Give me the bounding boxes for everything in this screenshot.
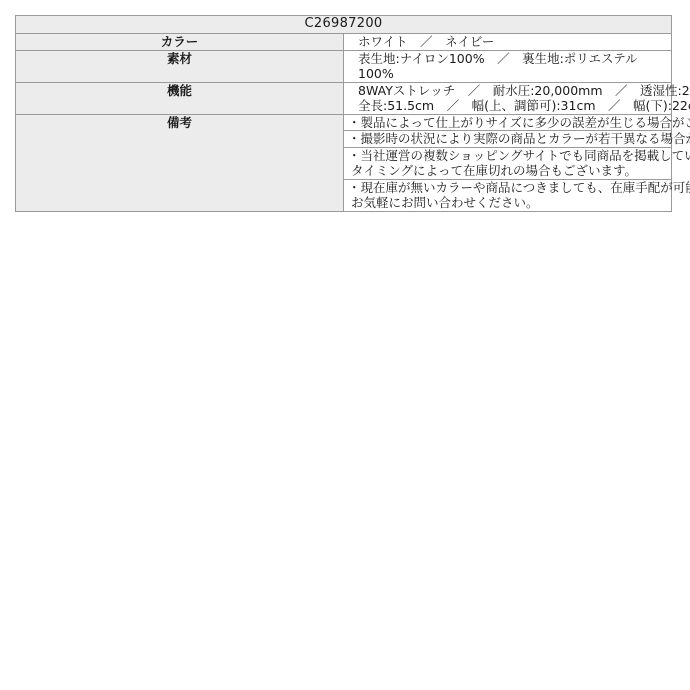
remark-line: ・製品によって仕上がりサイズに多少の誤差が生じる場合がございます。 (348, 115, 667, 131)
remark-line: お気軽にお問い合わせください。 (348, 195, 667, 211)
remark-note: ・撮影時の状況により実際の商品とカラーが若干異なる場合がございます。 (344, 131, 672, 148)
spec-value-function: 8WAYストレッチ ／ 耐水圧:20,000mm ／ 透湿性:20,000g/㎡… (344, 82, 672, 114)
header-row: C26987200 (16, 16, 672, 34)
remark-note: ・現在庫が無いカラーや商品につきましても、在庫手配が可能な場合もございますので … (344, 179, 672, 211)
remark-note: ・当社運営の複数ショッピングサイトでも同商品を掲載していますので タイミングによ… (344, 147, 672, 179)
spec-value-color: ホワイト ／ ネイビー (344, 34, 672, 51)
remark-line: ・撮影時の状況により実際の商品とカラーが若干異なる場合がございます。 (348, 131, 667, 147)
remark-note: ・製品によって仕上がりサイズに多少の誤差が生じる場合がございます。 (344, 114, 672, 131)
product-code: C26987200 (16, 16, 672, 34)
spec-row-material: 素材 表生地:ナイロン100% ／ 裏生地:ポリエステル100% (16, 50, 672, 82)
spec-value-material: 表生地:ナイロン100% ／ 裏生地:ポリエステル100% (344, 50, 672, 82)
spec-label-color: カラー (16, 34, 344, 51)
spec-label-material: 素材 (16, 50, 344, 82)
remark-line: タイミングによって在庫切れの場合もございます。 (348, 163, 667, 179)
spec-label-function: 機能 (16, 82, 344, 114)
remark-line: ・現在庫が無いカラーや商品につきましても、在庫手配が可能な場合もございますので (348, 180, 667, 196)
function-line: 8WAYストレッチ ／ 耐水圧:20,000mm ／ 透湿性:20,000g/㎡… (358, 83, 667, 99)
spec-label-remarks: 備考 (16, 114, 344, 211)
remark-line: ・当社運営の複数ショッピングサイトでも同商品を掲載していますので (348, 148, 667, 164)
function-line: 全長:51.5cm ／ 幅(上、調節可):31cm ／ 幅(下):22cm (358, 98, 667, 114)
spec-row-color: カラー ホワイト ／ ネイビー (16, 34, 672, 51)
product-spec-table: C26987200 カラー ホワイト ／ ネイビー 素材 表生地:ナイロン100… (15, 15, 672, 212)
spec-row-remarks: 備考 ・製品によって仕上がりサイズに多少の誤差が生じる場合がございます。 (16, 114, 672, 131)
spec-row-function: 機能 8WAYストレッチ ／ 耐水圧:20,000mm ／ 透湿性:20,000… (16, 82, 672, 114)
